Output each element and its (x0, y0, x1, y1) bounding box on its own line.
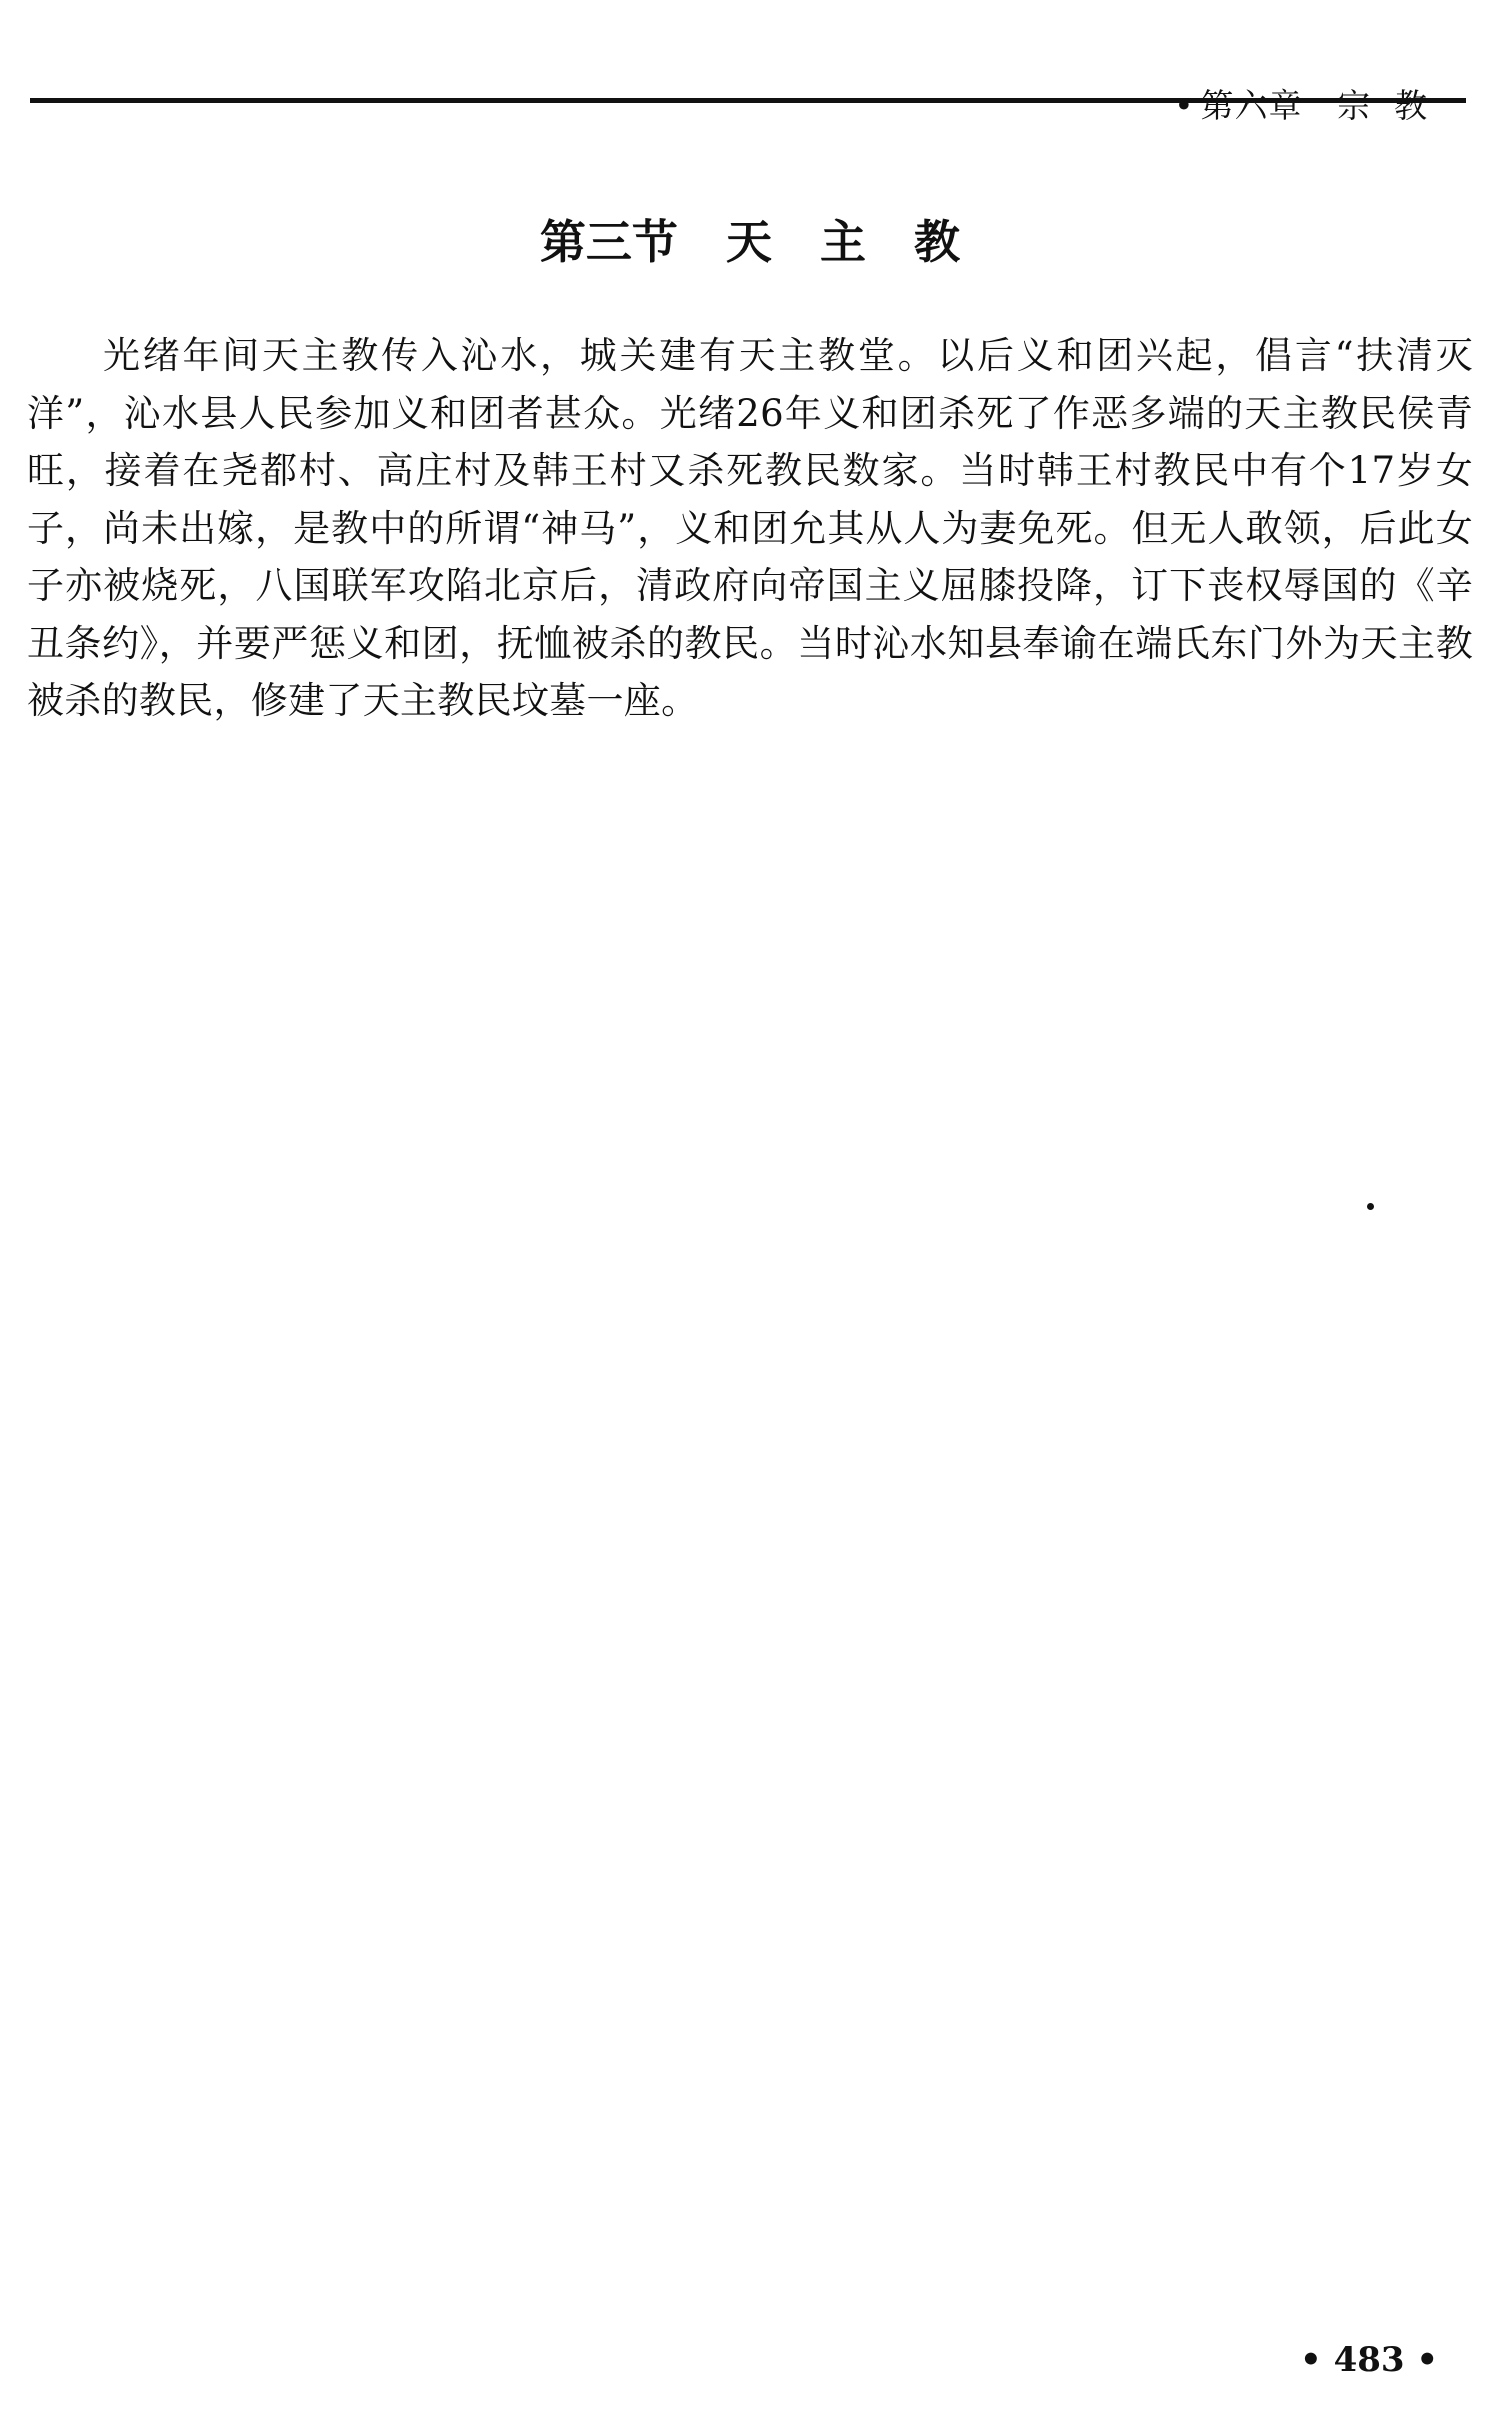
running-head-bullet: • (1174, 86, 1194, 126)
running-head-topic: 宗 教 (1337, 86, 1428, 125)
body-paragraph: 光绪年间天主教传入沁水，城关建有天主教堂。以后义和团兴起，倡言“扶清灭洋”，沁水… (27, 327, 1473, 730)
section-title: 第三节 天 主 教 (0, 214, 1500, 270)
running-head-chapter: 第六章 (1201, 86, 1303, 125)
page-number: • 483 • (1300, 2340, 1438, 2380)
header-rule (30, 98, 1466, 103)
scan-speck (1367, 1203, 1374, 1210)
running-head: •第六章 宗 教 (1151, 46, 1428, 126)
